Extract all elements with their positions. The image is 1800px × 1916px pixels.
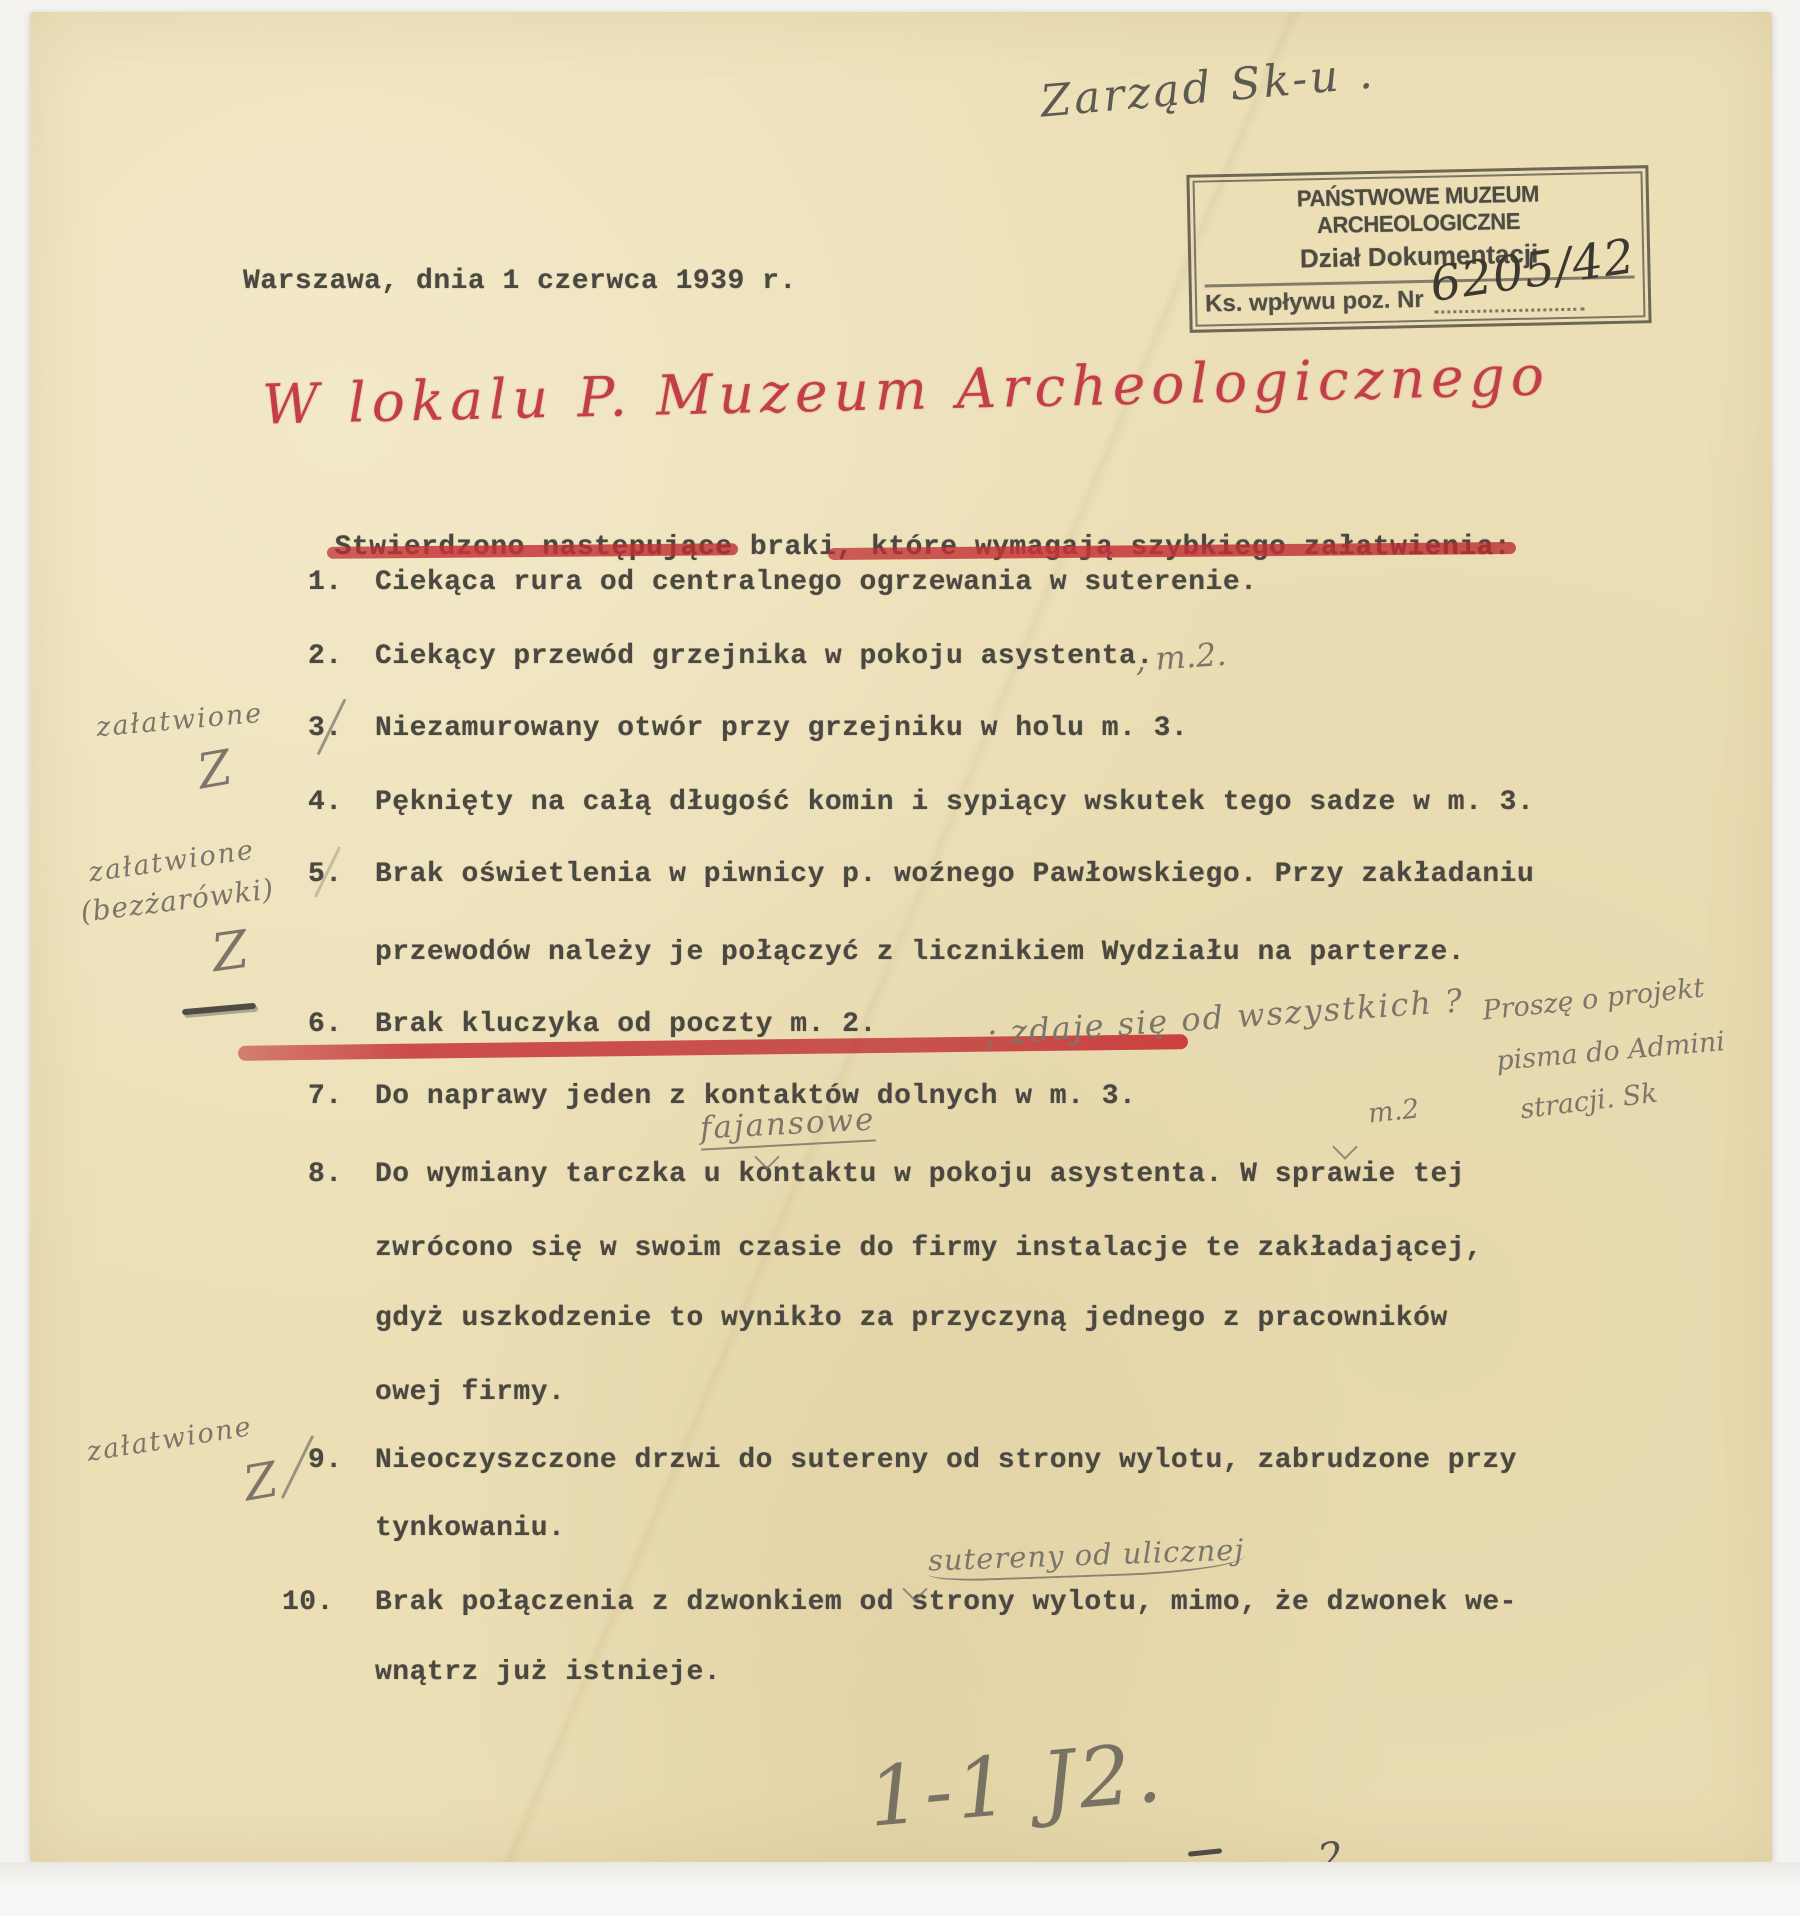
item-8-text-line-3: gdyż uszkodzenie to wynikło za przyczyną… (375, 1302, 1448, 1336)
item-4-number: 4. (308, 786, 343, 820)
dateline: Warszawa, dnia 1 czerwca 1939 r. (243, 265, 797, 299)
item-8-insertion-m2: m.2 (1367, 1093, 1421, 1129)
item-8-text-line-1: Do wymiany tarczka u kontaktu w pokoju a… (375, 1158, 1465, 1192)
item-2-number: 2. (308, 640, 343, 674)
item-1-text: Ciekąca rura od centralnego ogrzewania w… (375, 566, 1257, 600)
intro-line: Stwierdzono następujące braki, które wym… (300, 497, 1511, 565)
stamp-institution-name: PAŃSTWOWE MUZEUM ARCHEOLOGICZNE (1211, 179, 1625, 242)
item-6-text: Brak kluczyka od poczty m. 2. (375, 1008, 877, 1042)
item-9-text-line-1: Nieoczyszczone drzwi do sutereny od stro… (375, 1444, 1517, 1478)
registry-stamp: PAŃSTWOWE MUZEUM ARCHEOLOGICZNE Dział Do… (1186, 165, 1651, 333)
item-4-text: Pęknięty na całą długość komin i sypiący… (375, 786, 1534, 820)
item-8-number: 8. (308, 1158, 343, 1192)
item-10-number: 10. (282, 1586, 334, 1620)
scan-background-bottom (0, 1862, 1800, 1916)
item-10-text-line-1: Brak połączenia z dzwonkiem od strony wy… (375, 1586, 1517, 1620)
item-5-text-line-1: Brak oświetlenia w piwnicy p. woźnego Pa… (375, 858, 1534, 892)
intro-kept: braki (733, 532, 837, 563)
item-8-text-line-4: owej firmy. (375, 1376, 565, 1410)
item-3-text: Niezamurowany otwór przy grzejniku w hol… (375, 712, 1188, 746)
item-8-text-line-2: zwrócono się w swoim czasie do firmy ins… (375, 1232, 1482, 1266)
item-9-text-line-2: tynkowaniu. (375, 1512, 565, 1546)
item-7-number: 7. (308, 1080, 343, 1114)
stamp-entry-label: Ks. wpływu poz. Nr (1205, 286, 1424, 319)
item-6-number: 6. (308, 1008, 343, 1042)
intro-struck-2: , które wymagają szybkiego załatwienia: (836, 531, 1511, 565)
item-2-text: Ciekący przewód grzejnika w pokoju asyst… (375, 640, 1154, 674)
item-10-text-line-2: wnątrz już istnieje. (375, 1656, 721, 1690)
item-9-number: 9. (308, 1444, 343, 1478)
item-2-pencil-annotation: , m.2. (1134, 635, 1228, 679)
item-1-number: 1. (308, 566, 343, 600)
item-5-text-line-2: przewodów należy je połączyć z licznikie… (375, 936, 1465, 970)
intro-struck-1: Stwierdzono następujące (335, 531, 733, 565)
